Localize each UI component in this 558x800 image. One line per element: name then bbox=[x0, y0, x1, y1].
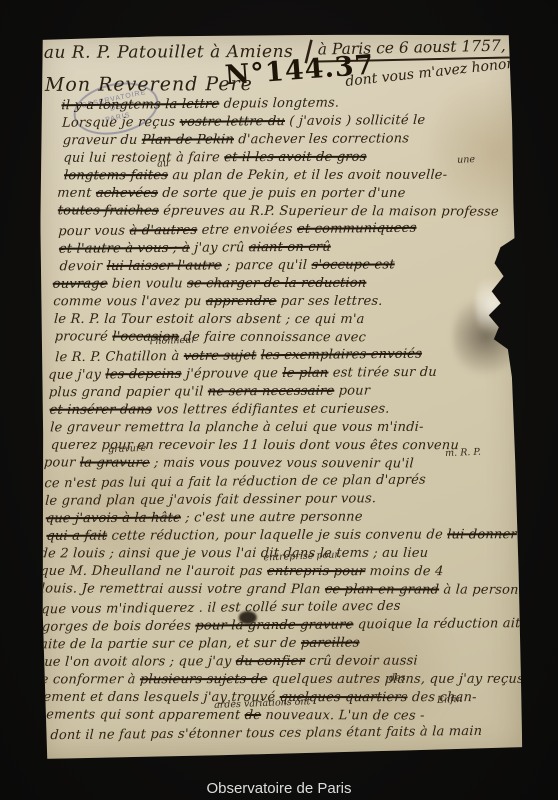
text-segment: ce dont il ne faut pas s'étonner tous ce… bbox=[30, 724, 482, 743]
struck-text-segment: vostre lettre du bbox=[179, 114, 285, 130]
struck-text-segment: lui laisser l'autre bbox=[106, 258, 222, 274]
manuscript-line: ment achevées de sorte que je puis en po… bbox=[57, 185, 528, 203]
manuscript-paper: OBSERVATOIRE DE PARIS au R. P. Patouille… bbox=[37, 32, 524, 760]
text-segment: depuis longtems. bbox=[219, 96, 340, 112]
text-segment: ( j'avois ) sollicité le bbox=[285, 113, 426, 129]
struck-text-segment: ouvrage bbox=[52, 277, 108, 292]
struck-text-segment: plusieurs sujets de bbox=[140, 672, 268, 687]
struck-text-segment: les depeins bbox=[105, 367, 182, 383]
interlinear-insertion: Enfin bbox=[437, 694, 463, 706]
text-segment: graveur du bbox=[62, 133, 142, 148]
struck-text-segment: achevées bbox=[96, 186, 159, 201]
text-segment: épreuves au R.P. Superieur de la maison … bbox=[158, 204, 499, 220]
text-segment: de 2 louis ; ainsi que je vous l'ai dit … bbox=[39, 546, 429, 562]
text-segment: qui lui restoient à faire bbox=[63, 150, 225, 166]
manuscript-line: le graveur remettra la planche à celui q… bbox=[50, 419, 521, 438]
text-segment: Lorsque je reçus bbox=[62, 115, 180, 131]
text-segment: le grand plan que j'avois fait dessiner … bbox=[45, 491, 377, 509]
struck-text-segment: s'occupe est bbox=[311, 257, 395, 272]
text-segment: gorges de bois dorées bbox=[42, 619, 196, 635]
manuscript-line: le R. P. la Tour estoit alors absent ; c… bbox=[53, 311, 524, 329]
manuscript-line: que M. Dheulland ne l'auroit pas entrepr… bbox=[40, 563, 511, 581]
struck-text-segment: longtems faites bbox=[64, 168, 169, 183]
text-segment: plus grand papier qu'il bbox=[49, 384, 209, 400]
text-segment: faite de la partie sur ce plan, et sur d… bbox=[35, 636, 302, 652]
salutation: Mon Reverend Pere bbox=[45, 73, 253, 96]
text-segment: ; parce qu'il bbox=[221, 258, 311, 274]
struck-text-segment: pour la grande gravure bbox=[195, 617, 354, 633]
manuscript-line: comme vous l'avez pu apprendre par ses l… bbox=[53, 293, 524, 312]
text-segment: devoir bbox=[59, 259, 107, 274]
text-segment: crû devoir aussi bbox=[305, 654, 419, 669]
manuscript-line: qui a fait cette réduction, pour laquell… bbox=[46, 526, 517, 546]
manuscript-line: que j'avois à la hâte ; c'est une autre … bbox=[45, 508, 516, 529]
manuscript-line: ouvrage bien voulu se charger de la redu… bbox=[52, 274, 523, 294]
text-segment: par ses lettres. bbox=[276, 294, 383, 309]
text-segment: que M. Dheulland ne l'auroit pas bbox=[40, 564, 268, 579]
text-segment: j'ay crû bbox=[189, 240, 249, 255]
text-segment: moins de 4 bbox=[365, 564, 444, 579]
text-segment: j'éprouve que bbox=[181, 366, 283, 382]
struck-text-segment: Plan de Pekin bbox=[141, 132, 234, 148]
text-segment: vos lettres édifiantes et curieuses. bbox=[152, 402, 391, 418]
text-segment: ; mais vous pouvez vous souvenir qu'il bbox=[149, 456, 414, 472]
text-segment: de sorte que je puis en porter d'une bbox=[158, 186, 406, 201]
text-segment: au plan de Pekin, et il les avoit nouvel… bbox=[168, 168, 448, 183]
archive-photo: OBSERVATOIRE DE PARIS au R. P. Patouille… bbox=[0, 0, 558, 800]
manuscript-line: et insérer dans vos lettres édifiantes e… bbox=[49, 400, 520, 420]
struck-text-segment: toutes fraiches bbox=[57, 203, 159, 218]
text-segment: pour bbox=[44, 455, 81, 470]
text-segment: d'achever les corrections bbox=[234, 131, 410, 147]
manuscript-body: il y a longtems la lettre depuis longtem… bbox=[30, 94, 532, 744]
manuscript-line: longtems faites au plan de Pekin, et il … bbox=[64, 167, 535, 186]
struck-text-segment: qui a fait bbox=[46, 529, 108, 544]
manuscript-line: faite de la partie sur ce plan, et sur d… bbox=[35, 634, 506, 655]
interlinear-insertion: une bbox=[457, 154, 475, 166]
text-segment: le R. P. la Tour estoit alors absent ; c… bbox=[54, 312, 365, 327]
text-segment: à la personne bbox=[439, 582, 536, 597]
text-segment: comme vous l'avez pu bbox=[53, 294, 206, 309]
text-segment: bien voulu bbox=[107, 276, 187, 291]
struck-text-segment: du confier bbox=[235, 654, 305, 669]
text-segment: ce n'est pas lui qui a fait la réduction… bbox=[44, 473, 426, 492]
text-segment: pour bbox=[334, 384, 371, 399]
struck-text-segment: ne sera necessaire bbox=[207, 384, 334, 400]
interlinear-insertion: des bbox=[389, 672, 406, 684]
text-segment: le R. P. Chatillon à bbox=[55, 349, 184, 365]
text-segment: de faire connoissance avec bbox=[179, 330, 367, 346]
interlinear-insertion: l'honneur bbox=[150, 334, 196, 347]
struck-text-segment: la gravure bbox=[79, 455, 150, 470]
manuscript-line: le conformer à plusieurs sujets de quelq… bbox=[36, 671, 507, 690]
manuscript-line: ce dont il ne faut pas s'étonner tous ce… bbox=[30, 723, 501, 746]
text-segment: ; c'est une autre personne bbox=[181, 510, 363, 526]
struck-text-segment: à d'autres bbox=[129, 223, 197, 239]
struck-text-segment: entrepris pour bbox=[267, 564, 366, 579]
struck-text-segment: et communiquees bbox=[297, 221, 417, 237]
struck-text-segment: pareilles bbox=[301, 636, 360, 651]
struck-text-segment: lui donner bbox=[447, 527, 517, 542]
manuscript-line: plus grand papier qu'il ne sera necessai… bbox=[48, 382, 519, 403]
struck-text-segment: ce plan en grand bbox=[324, 582, 439, 597]
manuscript-line: que l'on avoit alors ; que j'ay du confi… bbox=[35, 652, 506, 672]
struck-text-segment: que j'avois à la hâte bbox=[45, 511, 181, 527]
struck-text-segment: de bbox=[244, 708, 261, 723]
struck-text-segment: les exemplaires envoiés bbox=[260, 347, 422, 364]
text-segment: que j'ay bbox=[48, 367, 106, 382]
manuscript-line: graveur du Plan de Pekin d'achever les c… bbox=[62, 130, 533, 151]
struck-text-segment: et insérer dans bbox=[49, 402, 152, 417]
struck-text-segment: se charger de la reduction bbox=[187, 276, 367, 292]
photo-caption: Observatoire de Paris bbox=[0, 780, 558, 797]
text-segment: pour vous bbox=[58, 224, 130, 240]
text-segment: procuré bbox=[54, 329, 112, 344]
struck-text-segment: et l'autre à vous ; à bbox=[59, 241, 191, 257]
interlinear-insertion: m. R. P. bbox=[445, 447, 481, 459]
text-segment: etre envoiées bbox=[197, 222, 297, 238]
struck-text-segment: apprendre bbox=[205, 294, 276, 309]
struck-text-segment: votre sujet bbox=[183, 348, 256, 364]
text-segment: le conformer à bbox=[36, 672, 140, 687]
manuscript-line: devoir lui laisser l'autre ; parce qu'il… bbox=[59, 256, 530, 277]
text-segment: quoique la réduction ait été bbox=[353, 616, 546, 632]
struck-text-segment: aiant on crû bbox=[248, 240, 331, 256]
struck-text-segment: il y a longtems la lettre bbox=[61, 97, 219, 114]
text-segment: louis. Je remettrai aussi votre grand Pl… bbox=[40, 581, 325, 597]
text-segment: quelques autres plans, que j'ay reçus po… bbox=[267, 672, 558, 687]
text-segment: cette réduction, pour laquelle je suis c… bbox=[107, 527, 448, 543]
text-segment: nouveaux. L'un de ces - bbox=[261, 708, 425, 723]
text-segment: ment bbox=[57, 186, 97, 201]
text-segment: que vous m'indiquerez . il est collé sur… bbox=[41, 599, 401, 618]
text-segment: le graveur remettra la planche à celui q… bbox=[50, 420, 424, 436]
text-segment: est tirée sur du bbox=[328, 365, 437, 381]
interlinear-insertion: au bbox=[157, 158, 169, 169]
interlinear-insertion: gravure bbox=[108, 443, 146, 455]
struck-text-segment: le plan bbox=[282, 366, 329, 381]
struck-text-segment: et il les avoit de gros bbox=[224, 150, 367, 165]
text-segment: que l'on avoit alors ; que j'ay bbox=[35, 654, 236, 670]
